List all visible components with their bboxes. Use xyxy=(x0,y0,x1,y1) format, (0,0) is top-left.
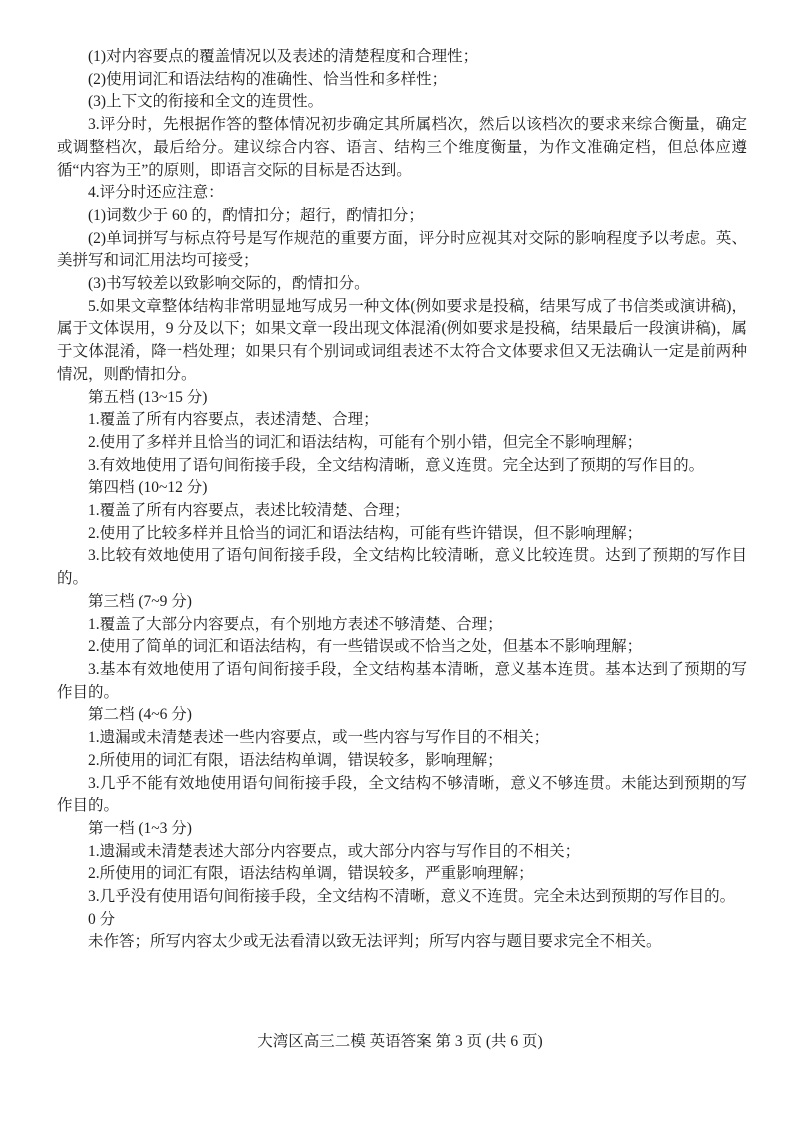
band-criterion: 3.比较有效地使用了语句间衔接手段，全文结构比较清晰，意义比较连贯。达到了预期的… xyxy=(57,545,747,590)
band-criterion: 3.几乎没有使用语句间衔接手段，全文结构不清晰，意义不连贯。完全未达到预期的写作… xyxy=(57,886,747,909)
band-criterion: 1.遗漏或未清楚表述大部分内容要点，或大部分内容与写作目的不相关； xyxy=(57,841,747,864)
intro-item: (2)使用词汇和语法结构的准确性、恰当性和多样性； xyxy=(57,69,747,92)
intro-item: (3)上下文的衔接和全文的连贯性。 xyxy=(57,91,747,114)
note-paragraph: (2)单词拼写与标点符号是写作规范的重要方面，评分时应视其对交际的影响程度予以考… xyxy=(57,228,747,273)
note-paragraph: 5.如果文章整体结构非常明显地写成另一种文体(例如要求是投稿，结果写成了书信类或… xyxy=(57,296,747,387)
band-criterion: 2.所使用的词汇有限，语法结构单调，错误较多，严重影响理解； xyxy=(57,863,747,886)
band-title: 0 分 xyxy=(57,909,747,932)
band-criterion: 2.使用了多样并且恰当的词汇和语法结构，可能有个别小错，但完全不影响理解； xyxy=(57,432,747,455)
scoring-rubric-text: (1)对内容要点的覆盖情况以及表述的清楚程度和合理性； (2)使用词汇和语法结构… xyxy=(57,46,747,954)
note-paragraph: (1)词数少于 60 的，酌情扣分；超行，酌情扣分； xyxy=(57,205,747,228)
note-paragraph: (3)书写较差以致影响交际的，酌情扣分。 xyxy=(57,273,747,296)
band-criterion: 未作答；所写内容太少或无法看清以致无法评判；所写内容与题目要求完全不相关。 xyxy=(57,931,747,954)
note-paragraph: 4.评分时还应注意： xyxy=(57,182,747,205)
band-criterion: 2.使用了简单的词汇和语法结构，有一些错误或不恰当之处，但基本不影响理解； xyxy=(57,636,747,659)
band-title: 第二档 (4~6 分) xyxy=(57,704,747,727)
band-criterion: 3.有效地使用了语句间衔接手段，全文结构清晰，意义连贯。完全达到了预期的写作目的… xyxy=(57,455,747,478)
band-criterion: 2.使用了比较多样并且恰当的词汇和语法结构，可能有些许错误，但不影响理解； xyxy=(57,523,747,546)
band-title: 第一档 (1~3 分) xyxy=(57,818,747,841)
band-title: 第三档 (7~9 分) xyxy=(57,591,747,614)
band-criterion: 1.覆盖了所有内容要点，表述比较清楚、合理； xyxy=(57,500,747,523)
band-title: 第五档 (13~15 分) xyxy=(57,387,747,410)
band-criterion: 2.所使用的词汇有限，语法结构单调，错误较多，影响理解； xyxy=(57,750,747,773)
band-criterion: 3.基本有效地使用了语句间衔接手段，全文结构基本清晰，意义基本连贯。基本达到了预… xyxy=(57,659,747,704)
band-criterion: 3.几乎不能有效地使用语句间衔接手段，全文结构不够清晰，意义不够连贯。未能达到预… xyxy=(57,773,747,818)
page-footer: 大湾区高三二模 英语答案 第 3 页 (共 6 页) xyxy=(0,1032,800,1052)
band-criterion: 1.覆盖了大部分内容要点，有个别地方表述不够清楚、合理； xyxy=(57,614,747,637)
band-criterion: 1.覆盖了所有内容要点，表述清楚、合理； xyxy=(57,409,747,432)
document-page: (1)对内容要点的覆盖情况以及表述的清楚程度和合理性； (2)使用词汇和语法结构… xyxy=(0,0,800,1131)
band-title: 第四档 (10~12 分) xyxy=(57,477,747,500)
band-criterion: 1.遗漏或未清楚表述一些内容要点，或一些内容与写作目的不相关； xyxy=(57,727,747,750)
note-paragraph: 3.评分时，先根据作答的整体情况初步确定其所属档次，然后以该档次的要求来综合衡量… xyxy=(57,114,747,182)
intro-item: (1)对内容要点的覆盖情况以及表述的清楚程度和合理性； xyxy=(57,46,747,69)
